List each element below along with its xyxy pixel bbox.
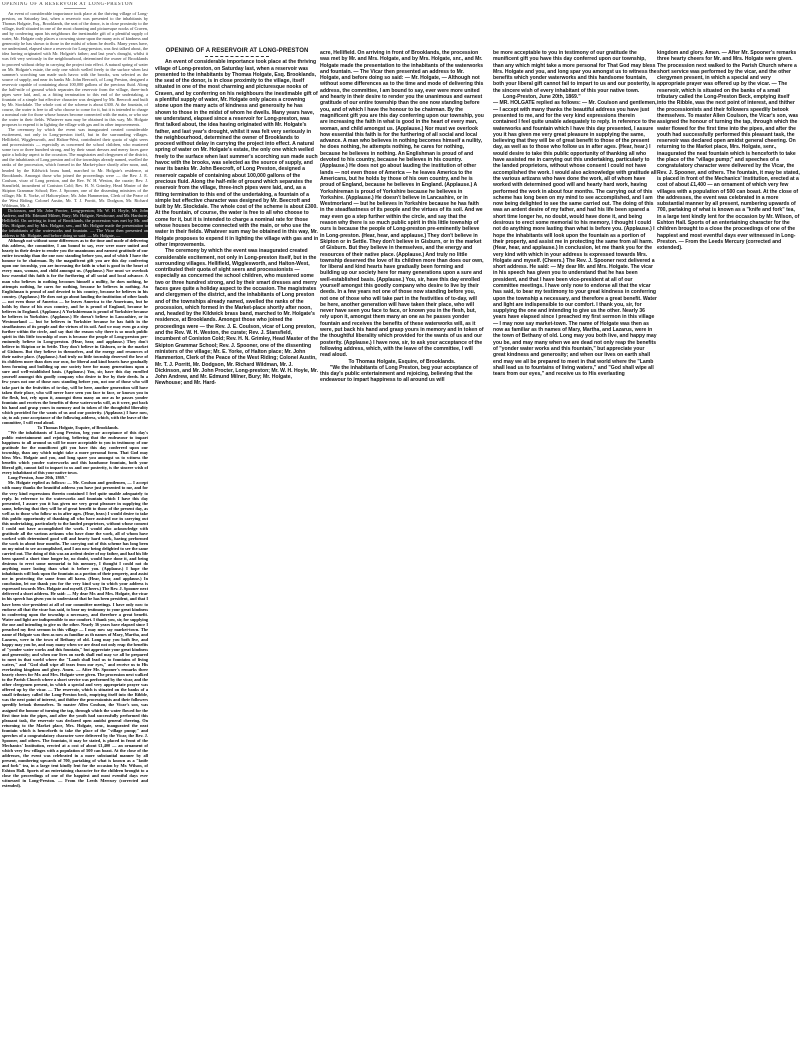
scan-headline: OPENING OF A RESERVOIR AT LONG-PRESTON (2, 2, 148, 7)
article-headline: OPENING OF A RESERVOIR AT LONG-PRESTON (155, 48, 319, 54)
article-column-1: OPENING OF A RESERVOIR AT LONG-PRESTON A… (155, 48, 319, 387)
scan-paragraph: "We the inhabitants of Long Preston, beg… (2, 430, 148, 475)
newspaper-scan-column: OPENING OF A RESERVOIR AT LONG-PRESTON A… (2, 2, 148, 1032)
article-paragraph: "We the inhabitants of Long Preston, beg… (320, 365, 484, 384)
article-paragraph: The ceremony by which the event was inau… (155, 248, 319, 387)
scan-divider (64, 8, 86, 9)
article-column-2: acre, Hellifield. On arriving in front o… (320, 50, 484, 384)
article-paragraph: acre, Hellifield. On arriving in front o… (320, 50, 484, 359)
article-column-3: be more acceptable to you in testimony o… (493, 50, 657, 377)
headline-divider (205, 56, 269, 57)
scan-paragraph: The ceremony by which the event was inau… (2, 127, 148, 208)
article-paragraph: be more acceptable to you in testimony o… (493, 50, 657, 94)
scan-paragraph-highlighted: Dickinson, and Mr. John Procter, Long-pr… (2, 208, 148, 238)
article-paragraph: An event of considerable importance took… (155, 59, 319, 248)
article-paragraph: — MR. HOLGATE replied as follows: — Mr. … (493, 100, 657, 377)
article-column-4: kingdom and glory. Amen. — After Mr. Spo… (657, 50, 800, 252)
scan-paragraph: Although not without some differences as… (2, 238, 148, 425)
scan-paragraph: An event of considerable importance took… (2, 11, 148, 127)
scan-paragraph: Mr. Holgate replied as follows: — Mr. Co… (2, 480, 148, 788)
article-paragraph: kingdom and glory. Amen. — After Mr. Spo… (657, 50, 800, 252)
